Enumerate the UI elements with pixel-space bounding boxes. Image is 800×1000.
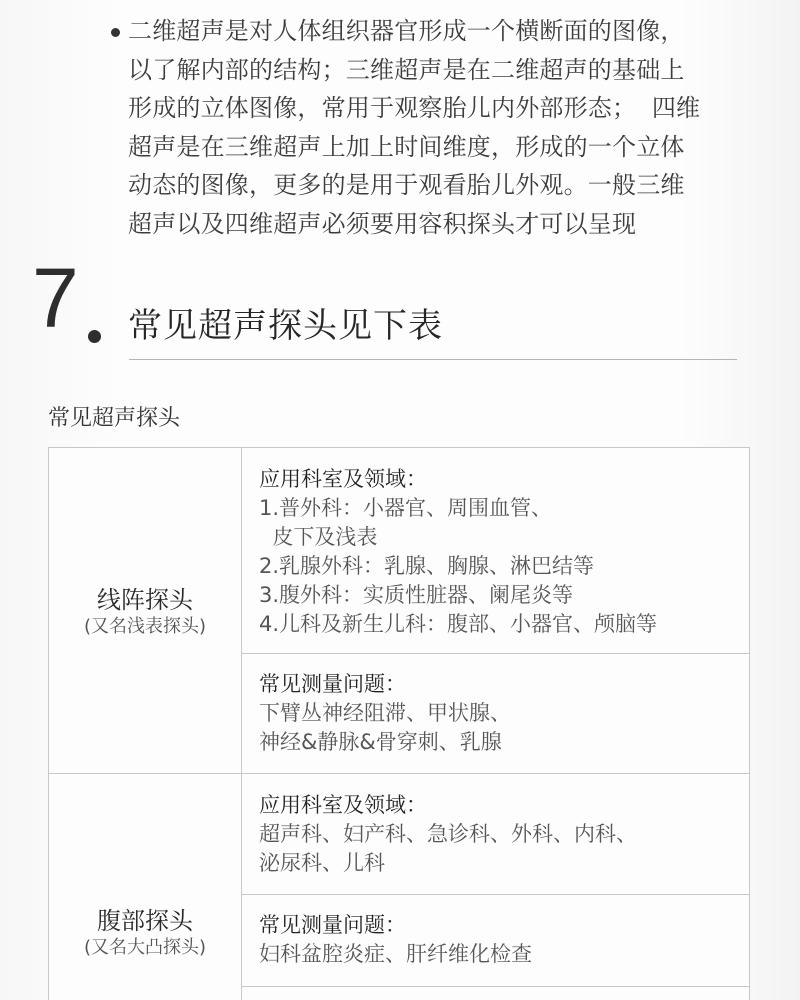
table-cell-applications: 应用科室及领域： 超声科、妇产科、急诊科、外科、内科、 泌尿科、儿科 bbox=[259, 791, 739, 878]
table-cell-measurements: 常见测量问题： 下臂丛神经阻滞、甲状腺、 神经&静脉&骨穿刺、乳腺 bbox=[259, 670, 739, 757]
row-divider bbox=[49, 773, 749, 774]
paragraph-line: 超声以及四维超声必须要用容积探头才可以呈现 bbox=[128, 205, 748, 244]
paragraph-line: 动态的图像，更多的是用于观看胎儿外观。一般三维 bbox=[128, 166, 748, 205]
cell-heading: 常见测量问题： bbox=[259, 911, 739, 940]
row-divider bbox=[242, 894, 749, 895]
cell-heading: 应用科室及领域： bbox=[259, 791, 739, 820]
cell-line: 3.腹外科：实质性脏器、阑尾炎等 bbox=[259, 581, 739, 610]
section-title: 常见超声探头见下表 bbox=[128, 304, 443, 348]
probe-alias: (又名大凸探头) bbox=[49, 936, 241, 960]
section-number-dot bbox=[88, 330, 101, 343]
probe-name-linear: 线阵探头 (又名浅表探头) bbox=[49, 585, 241, 639]
section-divider bbox=[129, 359, 737, 360]
ultrasound-dimensions-paragraph: 二维超声是对人体组织器官形成一个横断面的图像， 以了解内部的结构；三维超声是在二… bbox=[128, 12, 748, 243]
bullet-icon bbox=[111, 28, 120, 37]
paragraph-line: 形成的立体图像，常用于观察胎儿内外部形态； 四维 bbox=[128, 89, 748, 128]
table-caption: 常见超声探头 bbox=[48, 404, 180, 434]
probe-alias: (又名浅表探头) bbox=[49, 615, 241, 639]
probe-name-abdominal: 腹部探头 (又名大凸探头) bbox=[49, 906, 241, 960]
row-divider bbox=[242, 986, 749, 987]
table-cell-measurements: 常见测量问题： 妇科盆腔炎症、肝纤维化检查 bbox=[259, 911, 739, 969]
document-page: 二维超声是对人体组织器官形成一个横断面的图像， 以了解内部的结构；三维超声是在二… bbox=[0, 0, 800, 1000]
row-divider bbox=[242, 653, 749, 654]
cell-line: 4.儿科及新生儿科：腹部、小器官、颅脑等 bbox=[259, 610, 739, 639]
table-cell-applications: 应用科室及领域： 1.普外科：小器官、周围血管、 皮下及浅表 2.乳腺外科：乳腺… bbox=[259, 465, 739, 639]
cell-line: 1.普外科：小器官、周围血管、 bbox=[259, 494, 739, 523]
cell-line: 神经&静脉&骨穿刺、乳腺 bbox=[259, 728, 739, 757]
cell-line: 泌尿科、儿科 bbox=[259, 849, 739, 878]
probe-table: 线阵探头 (又名浅表探头) 应用科室及领域： 1.普外科：小器官、周围血管、 皮… bbox=[48, 447, 750, 1000]
section-number: 7 bbox=[32, 256, 79, 340]
paragraph-line: 超声是在三维超声上加上时间维度，形成的一个立体 bbox=[128, 128, 748, 167]
cell-line: 皮下及浅表 bbox=[259, 523, 739, 552]
column-divider bbox=[241, 448, 242, 1000]
paragraph-line: 二维超声是对人体组织器官形成一个横断面的图像， bbox=[128, 12, 748, 51]
cell-line: 下臂丛神经阻滞、甲状腺、 bbox=[259, 699, 739, 728]
cell-line: 妇科盆腔炎症、肝纤维化检查 bbox=[259, 940, 739, 969]
cell-heading: 应用科室及领域： bbox=[259, 465, 739, 494]
probe-title: 线阵探头 bbox=[49, 585, 241, 615]
cell-line: 超声科、妇产科、急诊科、外科、内科、 bbox=[259, 820, 739, 849]
paragraph-line: 以了解内部的结构；三维超声是在二维超声的基础上 bbox=[128, 51, 748, 90]
cell-line: 2.乳腺外科：乳腺、胸腺、淋巴结等 bbox=[259, 552, 739, 581]
cell-heading: 常见测量问题： bbox=[259, 670, 739, 699]
probe-title: 腹部探头 bbox=[49, 906, 241, 936]
